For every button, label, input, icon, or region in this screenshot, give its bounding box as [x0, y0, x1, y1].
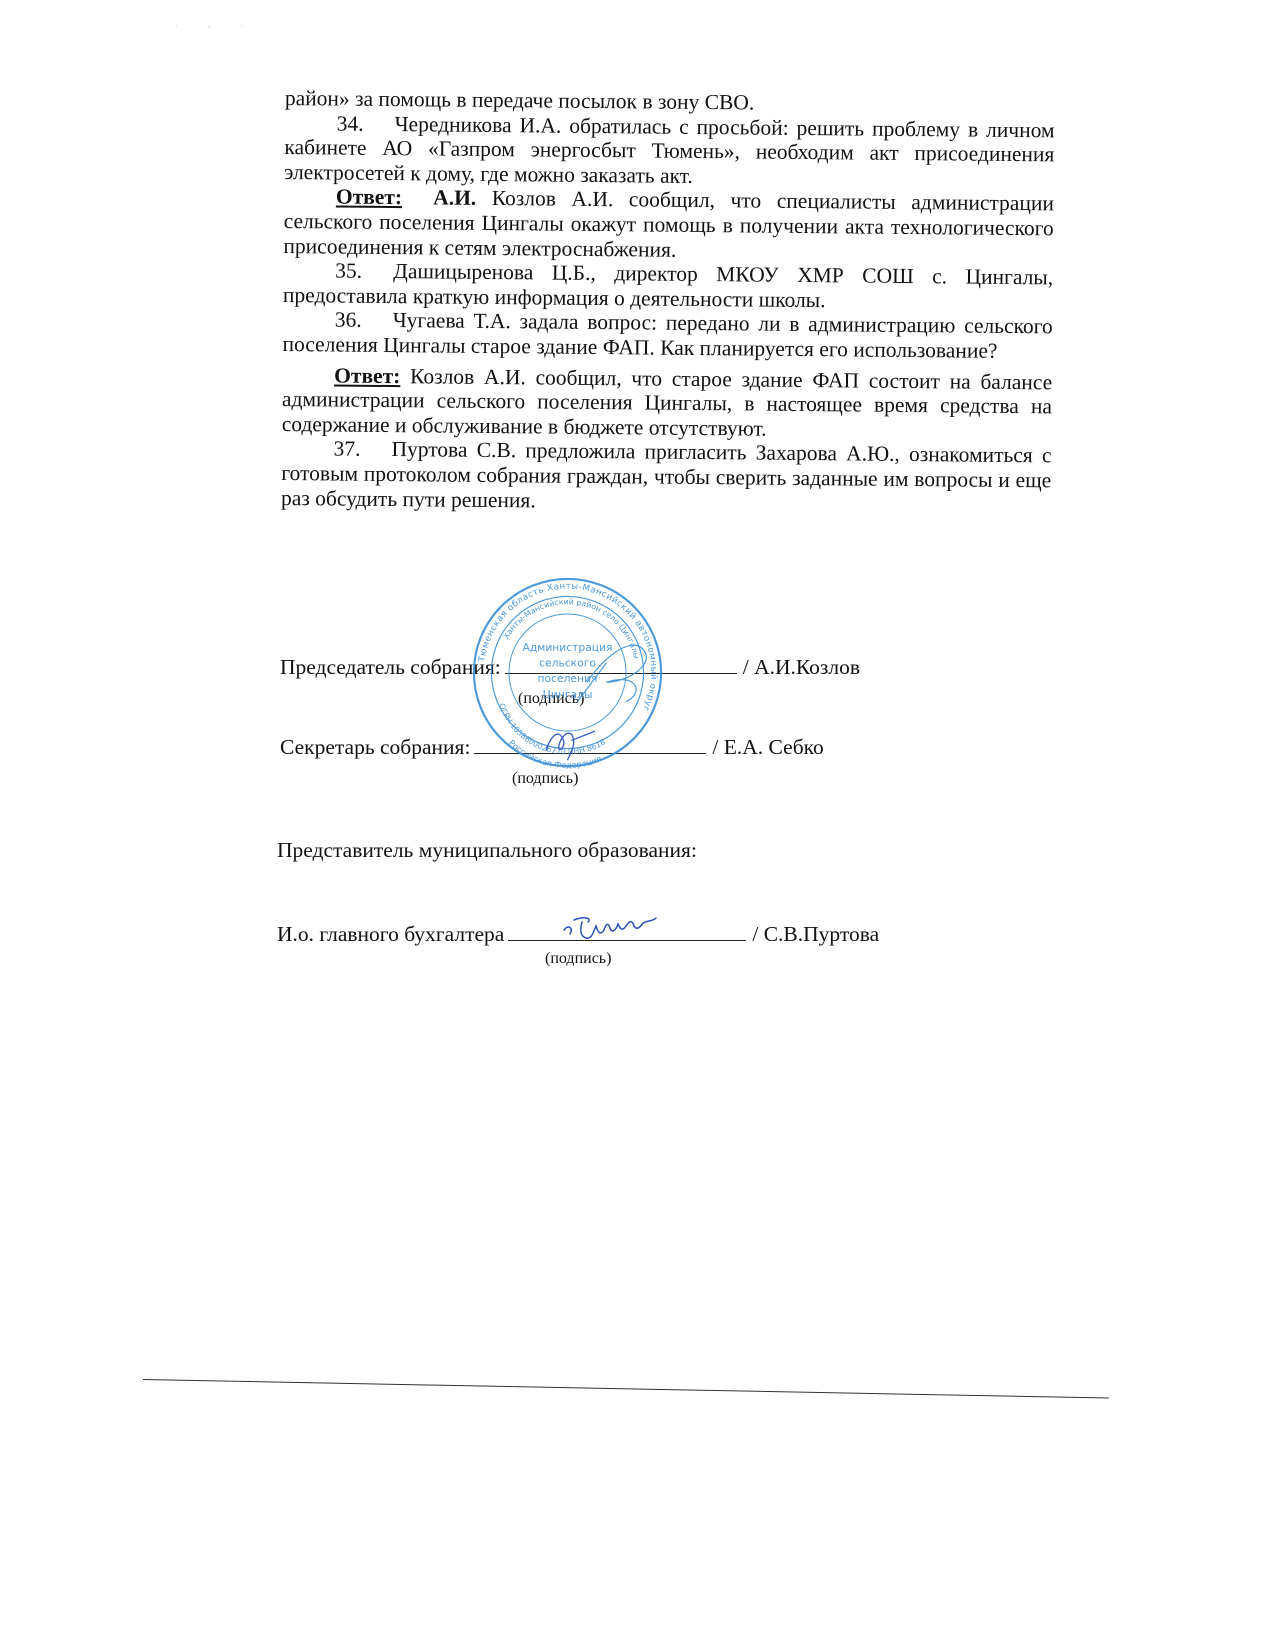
secretary-label: Секретарь собрания: [280, 735, 470, 759]
item-text: Дашицыренова Ц.Б., директор МКОУ ХМР СОШ… [283, 259, 1053, 312]
item-number: 36. [335, 308, 393, 333]
secretary-name: / Е.А. Себко [712, 735, 823, 759]
item-34: 34.Чередникова И.А. обратилась с просьбо… [284, 111, 1055, 192]
scan-specks: · - · [175, 22, 257, 31]
item-text: Чугаева Т.А. задала вопрос: передано ли … [282, 308, 1052, 362]
answer-34: Ответ: А.И. Козлов А.И. сообщил, что спе… [283, 184, 1054, 265]
document-page: · - · район» за помощь в передаче посыло… [0, 0, 1275, 1650]
svg-text:Цингалы: Цингалы [543, 688, 593, 701]
accountant-caption: (подпись) [545, 950, 611, 968]
document-body: район» за помощь в передаче посылок в зо… [281, 86, 1055, 517]
representative-heading: Представитель муниципального образования… [277, 838, 697, 863]
answer-label: Ответ: [334, 363, 400, 388]
chairman-label: Председатель собрания: [280, 655, 501, 679]
answer-label: Ответ: [336, 185, 402, 210]
answer-36: Ответ: Козлов А.И. сообщил, что старое з… [282, 363, 1053, 444]
secretary-caption: (подпись) [512, 770, 578, 788]
answer-bold-prefix: А.И. [433, 186, 476, 210]
item-text: Пуртова С.В. предложила пригласить Захар… [281, 437, 1052, 512]
item-number: 37. [333, 437, 391, 462]
page-bottom-rule [143, 1379, 1109, 1399]
svg-text:Администрация: Администрация [523, 641, 613, 654]
official-stamp-icon: Тюменская область Ханты-Мансийский автон… [470, 575, 665, 770]
accountant-handwritten-signature-icon [560, 908, 700, 944]
accountant-name: / С.В.Пуртова [752, 922, 879, 946]
accountant-label: И.о. главного бухгалтера [277, 922, 504, 946]
item-number: 35. [335, 259, 393, 284]
item-text: Чередникова И.А. обратилась с просьбой: … [284, 112, 1055, 188]
chairman-name: / А.И.Козлов [743, 655, 860, 679]
item-36: 36.Чугаева Т.А. задала вопрос: передано … [282, 307, 1052, 364]
item-number: 34. [337, 111, 395, 136]
svg-text:поселения: поселения [538, 672, 598, 685]
item-35: 35.Дашицыренова Ц.Б., директор МКОУ ХМР … [283, 258, 1053, 315]
svg-text:сельского: сельского [539, 657, 596, 670]
item-37: 37.Пуртова С.В. предложила пригласить За… [281, 436, 1052, 517]
